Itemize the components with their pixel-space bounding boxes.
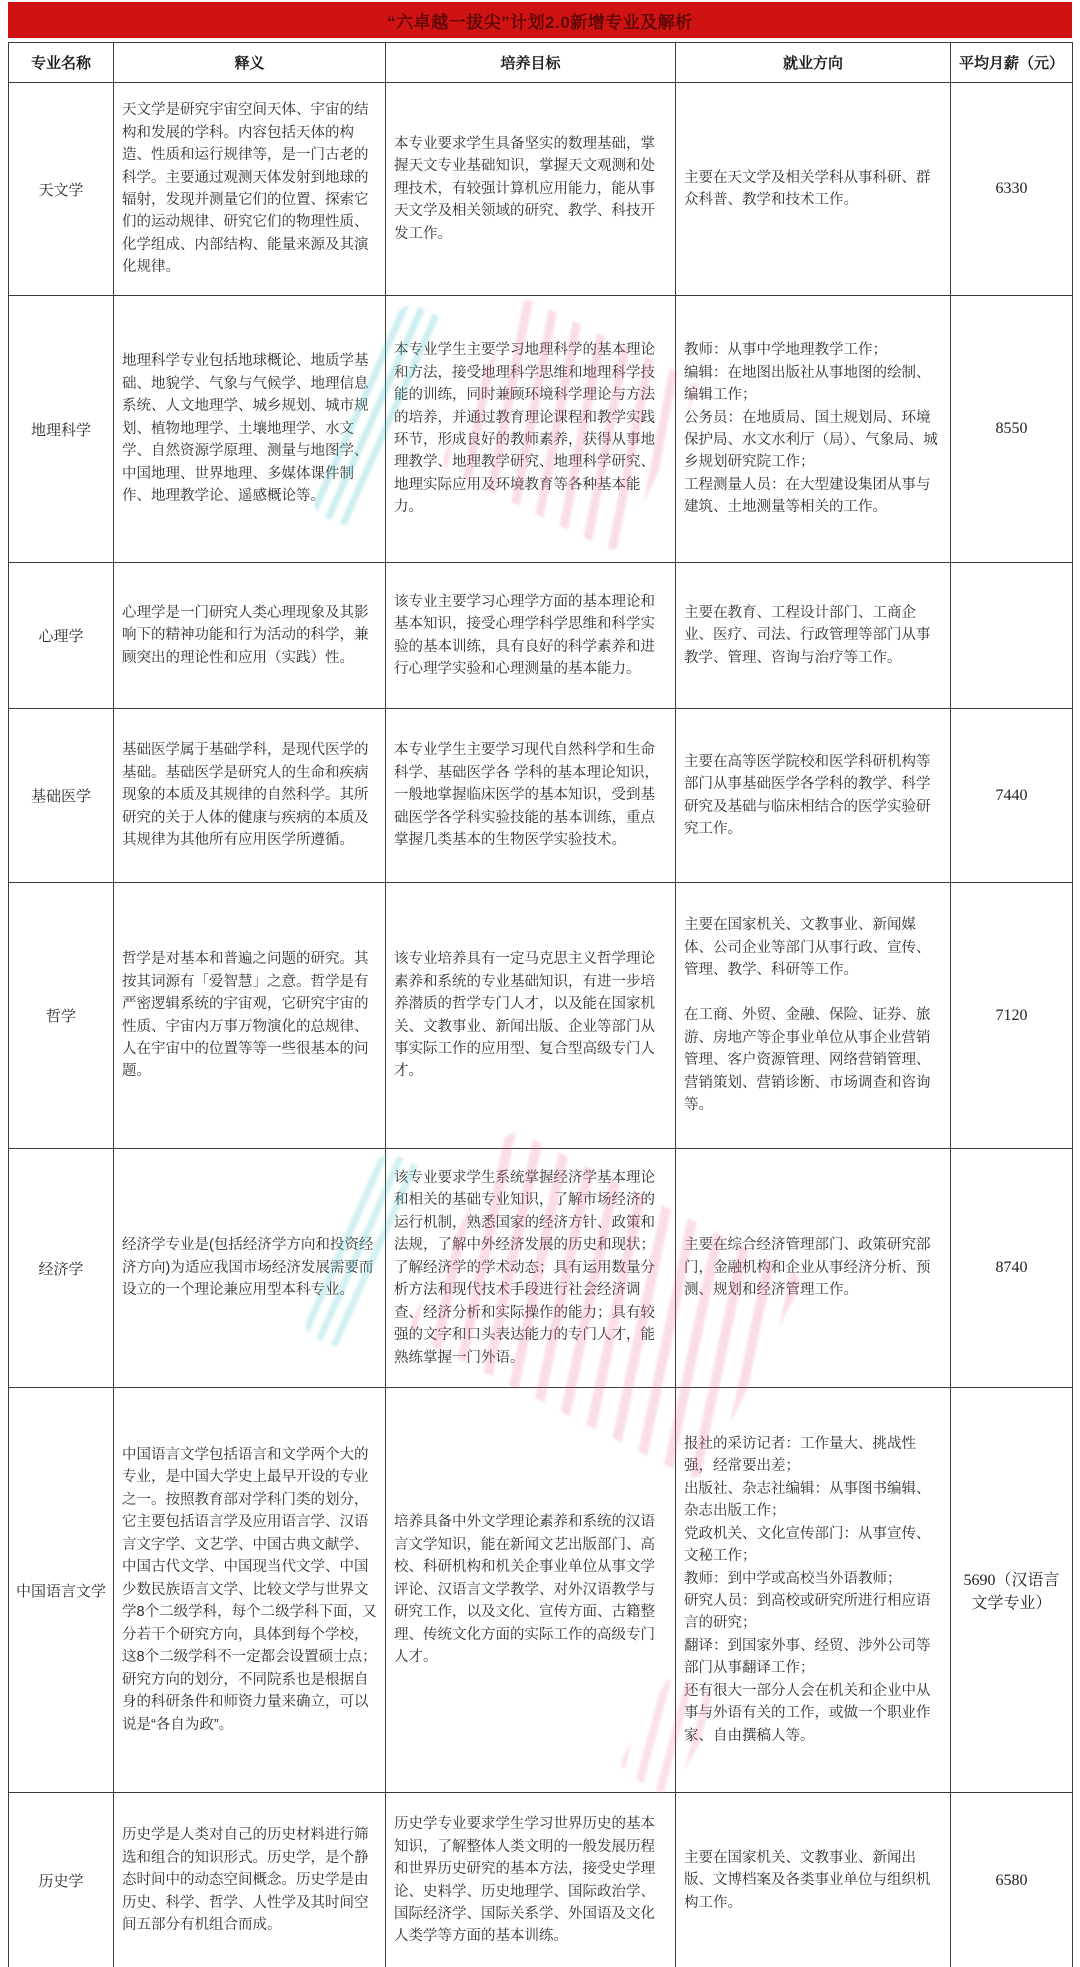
title-bar: “六卓越一拔尖”计划2.0新增专业及解析	[8, 2, 1072, 38]
major-name: 基础医学	[9, 709, 114, 883]
major-definition: 历史学是人类对自己的历史材料进行筛选和组合的知识形式。历史学，是个静态时间中的动…	[114, 1793, 386, 1967]
major-career: 主要在综合经济管理部门、政策研究部门，金融机构和企业从事经济分析、预测、规划和经…	[676, 1149, 951, 1388]
col-header-major-name: 专业名称	[9, 43, 114, 83]
major-career: 主要在国家机关、文教事业、新闻出版、文博档案及各类事业单位与组织机构工作。	[676, 1793, 951, 1967]
major-definition: 基础医学属于基础学科，是现代医学的基础。基础医学是研究人的生命和疾病现象的本质及…	[114, 709, 386, 883]
major-definition: 心理学是一门研究人类心理现象及其影响下的精神功能和行为活动的科学，兼顾突出的理论…	[114, 563, 386, 709]
major-definition: 天文学是研究宇宙空间天体、宇宙的结构和发展的学科。内容包括天体的构造、性质和运行…	[114, 83, 386, 296]
major-career: 主要在高等医学院校和医学科研机构等部门从事基础医学各学科的教学、科学研究及基础与…	[676, 709, 951, 883]
major-salary: 6580	[951, 1793, 1073, 1967]
col-header-goal: 培养目标	[386, 43, 676, 83]
major-career: 报社的采访记者：工作量大、挑战性强，经常要出差； 出版社、杂志社编辑：从事图书编…	[676, 1388, 951, 1793]
major-definition: 地理科学专业包括地球概论、地质学基础、地貌学、气象与气候学、地理信息系统、人文地…	[114, 296, 386, 563]
table-row: 中国语言文学 中国语言文学包括语言和文学两个大的专业，是中国大学史上最早开设的专…	[9, 1388, 1073, 1793]
page-title: “六卓越一拔尖”计划2.0新增专业及解析	[387, 8, 693, 33]
major-salary: 7440	[951, 709, 1073, 883]
major-name: 历史学	[9, 1793, 114, 1967]
major-goal: 本专业要求学生具备坚实的数理基础，掌握天文专业基础知识，掌握天文观测和处理技术，…	[386, 83, 676, 296]
major-salary: 7120	[951, 883, 1073, 1149]
major-definition: 经济学专业是(包括经济学方向和投资经济方向)为适应我国市场经济发展需要而设立的一…	[114, 1149, 386, 1388]
header-row: 专业名称 释义 培养目标 就业方向 平均月薪（元）	[9, 43, 1073, 83]
table-row: 基础医学 基础医学属于基础学科，是现代医学的基础。基础医学是研究人的生命和疾病现…	[9, 709, 1073, 883]
major-salary	[951, 563, 1073, 709]
major-definition: 哲学是对基本和普遍之问题的研究。其按其词源有「爱智慧」之意。哲学是有严密逻辑系统…	[114, 883, 386, 1149]
major-goal: 培养具备中外文学理论素养和系统的汉语言文学知识，能在新闻文艺出版部门、高校、科研…	[386, 1388, 676, 1793]
col-header-salary: 平均月薪（元）	[951, 43, 1073, 83]
major-name: 经济学	[9, 1149, 114, 1388]
col-header-career: 就业方向	[676, 43, 951, 83]
table-row: 哲学 哲学是对基本和普遍之问题的研究。其按其词源有「爱智慧」之意。哲学是有严密逻…	[9, 883, 1073, 1149]
major-salary: 8550	[951, 296, 1073, 563]
table-row: 天文学 天文学是研究宇宙空间天体、宇宙的结构和发展的学科。内容包括天体的构造、性…	[9, 83, 1073, 296]
major-career: 主要在国家机关、文教事业、新闻媒体、公司企业等部门从事行政、宣传、管理、教学、科…	[676, 883, 951, 1149]
major-career: 教师：从事中学地理教学工作； 编辑：在地图出版社从事地图的绘制、编辑工作； 公务…	[676, 296, 951, 563]
major-name: 中国语言文学	[9, 1388, 114, 1793]
majors-table: 专业名称 释义 培养目标 就业方向 平均月薪（元） 天文学 天文学是研究宇宙空间…	[8, 42, 1073, 1967]
major-name: 心理学	[9, 563, 114, 709]
major-salary: 5690（汉语言文学专业）	[951, 1388, 1073, 1793]
table-row: 经济学 经济学专业是(包括经济学方向和投资经济方向)为适应我国市场经济发展需要而…	[9, 1149, 1073, 1388]
major-salary: 6330	[951, 83, 1073, 296]
major-name: 地理科学	[9, 296, 114, 563]
major-goal: 历史学专业要求学生学习世界历史的基本知识，了解整体人类文明的一般发展历程和世界历…	[386, 1793, 676, 1967]
table-row: 心理学 心理学是一门研究人类心理现象及其影响下的精神功能和行为活动的科学，兼顾突…	[9, 563, 1073, 709]
major-definition: 中国语言文学包括语言和文学两个大的专业，是中国大学史上最早开设的专业之一。按照教…	[114, 1388, 386, 1793]
col-header-definition: 释义	[114, 43, 386, 83]
major-name: 哲学	[9, 883, 114, 1149]
major-career: 主要在教育、工程设计部门、工商企业、医疗、司法、行政管理等部门从事教学、管理、咨…	[676, 563, 951, 709]
major-goal: 该专业主要学习心理学方面的基本理论和基本知识，接受心理学科学思维和科学实验的基本…	[386, 563, 676, 709]
major-salary: 8740	[951, 1149, 1073, 1388]
major-career: 主要在天文学及相关学科从事科研、群众科普、教学和技术工作。	[676, 83, 951, 296]
table-row: 历史学 历史学是人类对自己的历史材料进行筛选和组合的知识形式。历史学，是个静态时…	[9, 1793, 1073, 1967]
major-goal: 本专业学生主要学习地理科学的基本理论和方法，接受地理科学思维和地理科学技能的训练…	[386, 296, 676, 563]
major-goal: 该专业要求学生系统掌握经济学基本理论和相关的基础专业知识，了解市场经济的运行机制…	[386, 1149, 676, 1388]
major-goal: 本专业学生主要学习现代自然科学和生命科学、基础医学各 学科的基本理论知识，一般地…	[386, 709, 676, 883]
table-row: 地理科学 地理科学专业包括地球概论、地质学基础、地貌学、气象与气候学、地理信息系…	[9, 296, 1073, 563]
major-goal: 该专业培养具有一定马克思主义哲学理论素养和系统的专业基础知识，有进一步培养潜质的…	[386, 883, 676, 1149]
major-name: 天文学	[9, 83, 114, 296]
